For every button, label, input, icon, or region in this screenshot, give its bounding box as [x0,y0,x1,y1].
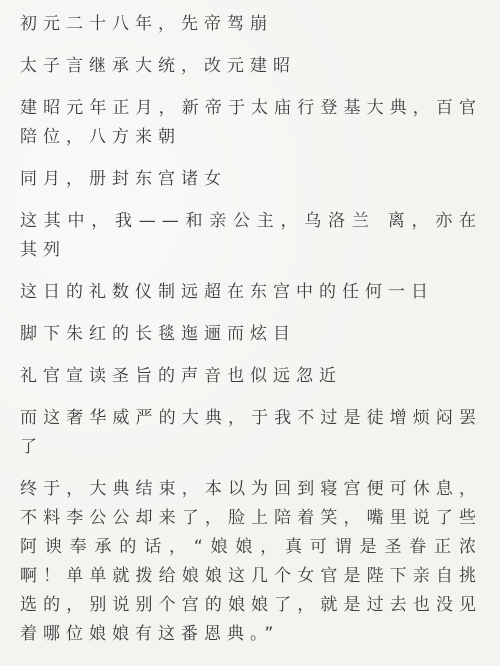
story-paragraph: 终于，大典结束，本以为回到寝宫便可休息，不料李公公却来了，脸上陪着笑，嘴里说了些… [20,475,482,649]
story-paragraph: 礼官宣读圣旨的声音也似远忽近 [20,362,482,391]
story-page: 初元二十八年，先帝驾崩 太子言继承大统，改元建昭 建昭元年正月，新帝于太庙行登基… [0,0,500,666]
story-paragraph: 初元二十八年，先帝驾崩 [20,10,482,39]
story-paragraph: 这日的礼数仪制远超在东宫中的任何一日 [20,278,482,307]
story-paragraph: 而这奢华威严的大典，于我不过是徒增烦闷罢了 [20,404,482,462]
story-paragraph: 脚下朱红的长毯迤逦而炫目 [20,320,482,349]
story-paragraph: 这其中，我——和亲公主，乌洛兰 离，亦在其列 [20,207,482,265]
story-paragraph: 太子言继承大统，改元建昭 [20,52,482,81]
story-paragraph: 建昭元年正月，新帝于太庙行登基大典，百官陪位，八方来朝 [20,94,482,152]
story-paragraph: 同月，册封东宫诸女 [20,165,482,194]
